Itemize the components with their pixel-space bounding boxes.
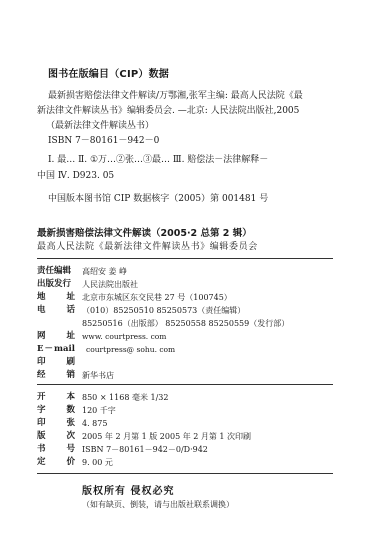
- info-value: 高绍安 姜 峥: [82, 265, 127, 278]
- cip-approval-number: 中国版本图书馆 CIP 数据核字（2005）第 001481 号: [48, 192, 268, 207]
- divider-bottom: [37, 473, 333, 474]
- divider-middle: [37, 384, 333, 385]
- info-value: 北京市东城区东交民巷 27 号（100745）: [82, 291, 232, 304]
- editorial-board: 最高人民法院《最新法律文件解读丛书》编辑委员会: [37, 239, 258, 252]
- cip-classification-line1: Ⅰ. 最… Ⅱ. ①万…②张…③最… Ⅲ. 赔偿法－法律解释－: [48, 153, 268, 168]
- info-value: 新华书店: [82, 369, 114, 382]
- email-link[interactable]: courtpress@ sohu. com: [86, 343, 175, 356]
- spec-value: ISBN 7－80161－942－0/D·942: [82, 443, 208, 456]
- cip-isbn: ISBN 7－80161－942－0: [48, 134, 159, 149]
- copyright-note: （如有缺页、倒装，请与出版社联系调换）: [82, 499, 234, 510]
- info-label: 网址: [37, 330, 75, 343]
- info-value: （010）85250510 85250573（责任编辑）: [82, 304, 245, 317]
- spec-value: 850 × 1168 毫米 1/32: [82, 391, 168, 404]
- spec-label: 书号: [37, 443, 75, 456]
- info-label: 印刷: [37, 356, 75, 369]
- cip-series-line: （最新法律文件解读丛书）: [46, 119, 154, 134]
- copyright-notice: 版权所有 侵权必究: [82, 482, 174, 497]
- info-label: 地址: [37, 291, 75, 304]
- spec-label: 版次: [37, 430, 75, 443]
- info-value: 人民法院出版社: [82, 278, 138, 291]
- spec-label: 定价: [37, 456, 75, 469]
- info-label: E－mail: [37, 343, 75, 356]
- info-label: 电话: [37, 304, 75, 317]
- info-value: 85250516（出版部） 85250558 85250559（发行部）: [82, 317, 289, 330]
- spec-label: 印张: [37, 417, 75, 430]
- cip-entry-line2: 新法律文件解读丛书》编辑委员会. —北京: 人民法院出版社,2005: [37, 104, 299, 119]
- spec-value: 4. 875: [82, 417, 107, 430]
- info-label: 责任编辑: [37, 265, 75, 278]
- book-title: 最新损害赔偿法律文件解读（2005·2 总第 2 辑）: [37, 225, 252, 239]
- cip-classification-line2: 中国 Ⅳ. D923. 05: [37, 169, 114, 184]
- divider-top: [37, 258, 333, 259]
- spec-label: 字数: [37, 404, 75, 417]
- spec-value: 9. 00 元: [82, 456, 113, 469]
- cip-entry-line1: 最新损害赔偿法律文件解读/万鄂湘,张军主编: 最高人民法院《最: [48, 89, 303, 104]
- info-label: 经销: [37, 369, 75, 382]
- website-link[interactable]: www. courtpress. com: [82, 330, 166, 343]
- spec-label: 开本: [37, 391, 75, 404]
- spec-value: 2005 年 2 月第 1 版 2005 年 2 月第 1 次印刷: [82, 430, 251, 443]
- cip-title: 图书在版编目（CIP）数据: [48, 65, 169, 80]
- spec-value: 120 千字: [82, 404, 116, 417]
- info-label: 出版发行: [37, 278, 75, 291]
